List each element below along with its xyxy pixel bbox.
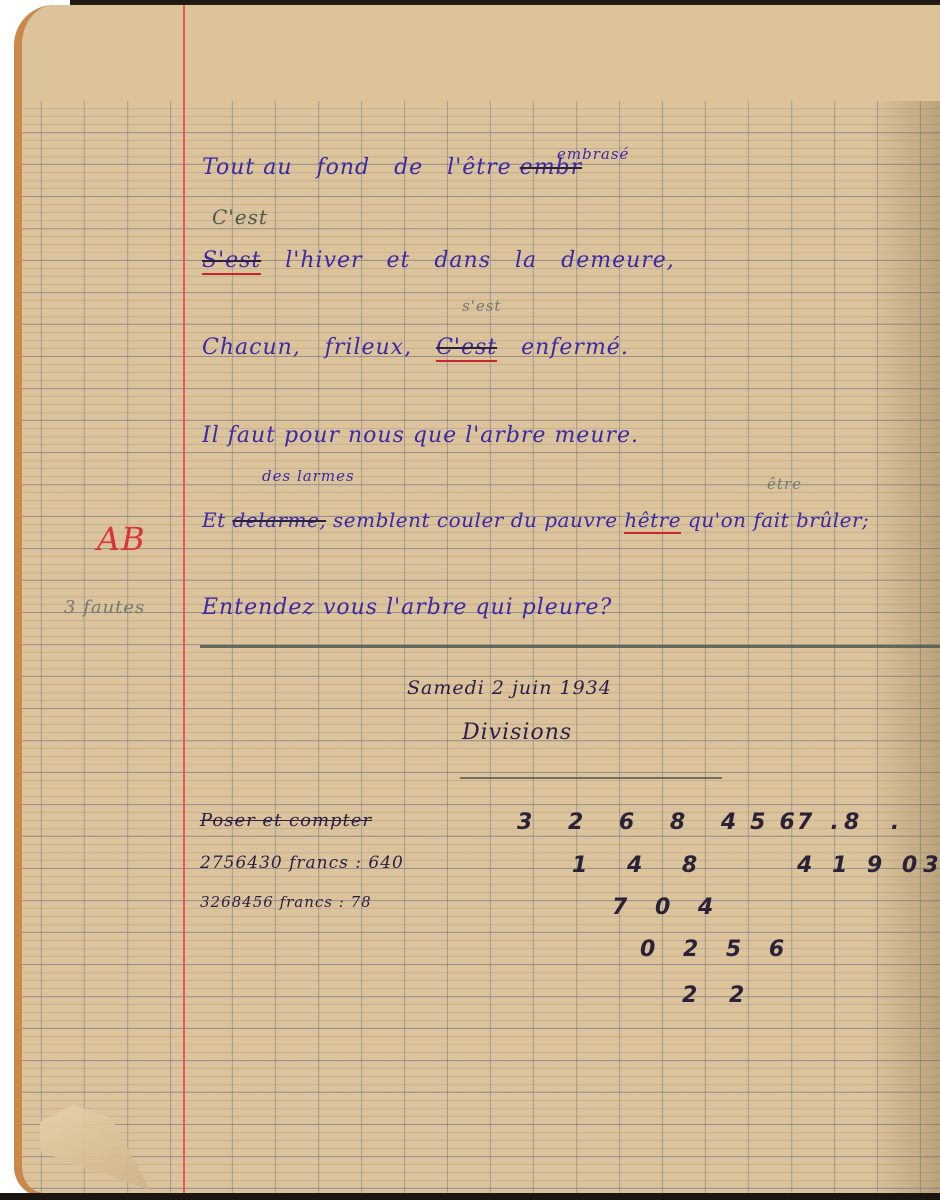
- division-step-2: 7 0 4: [612, 895, 723, 920]
- poem-line-2-rest: l'hiver et dans la demeure,: [269, 248, 675, 273]
- problem-2: 3268456 francs : 78: [200, 893, 372, 911]
- correction-etre: être: [767, 475, 802, 493]
- divisor: 7 8 .: [797, 810, 911, 835]
- quotient: 4 1 9 032: [797, 853, 940, 878]
- folded-corner: [40, 1105, 150, 1190]
- notebook-page: Tout au fond de l'être embr embrasé C'es…: [14, 5, 940, 1197]
- problem-1: 2756430 francs : 640: [200, 853, 404, 873]
- poem-line-5-underlined: hêtre: [624, 508, 681, 534]
- poem-line-1-text: Tout au fond de l'être: [202, 155, 512, 180]
- poem-line-3: Chacun, frileux, C'est enfermé.: [202, 335, 629, 360]
- poem-line-5-crossed: delarme,: [233, 508, 327, 532]
- section-divider: [200, 645, 940, 648]
- poem-line-5-prefix: Et: [202, 508, 226, 532]
- correction-s-est: s'est: [462, 297, 501, 315]
- poem-line-5: Et delarme, semblent couler du pauvre hê…: [202, 508, 869, 532]
- correction-c-est: C'est: [212, 205, 268, 229]
- correction-des-larmes: des larmes: [262, 467, 355, 485]
- date-heading: Samedi 2 juin 1934: [407, 677, 612, 699]
- faults-note: 3 fautes: [64, 597, 145, 618]
- division-step-1: 1 4 8: [572, 853, 713, 878]
- poem-line-1: Tout au fond de l'être embr: [202, 155, 582, 180]
- poem-line-5-tail: qu'on fait brûler;: [688, 508, 869, 532]
- poem-line-3-a: Chacun, frileux,: [202, 335, 428, 360]
- poem-line-5-rest: semblent couler du pauvre: [333, 508, 618, 532]
- division-step-3: 0 2 5 6: [640, 937, 794, 962]
- exercise-instruction: Poser et compter: [200, 810, 372, 831]
- poem-line-2-original: S'est: [202, 248, 261, 275]
- correction-embrase: embrasé: [557, 145, 629, 163]
- scan-shadow-bottom: [0, 1193, 940, 1200]
- poem-line-3-original: C'est: [436, 335, 497, 362]
- poem-line-4: Il faut pour nous que l'arbre meure.: [202, 423, 639, 448]
- division-step-4: 2 2: [682, 983, 756, 1008]
- poem-line-6: Entendez vous l'arbre qui pleure?: [202, 595, 612, 620]
- section-title: Divisions: [462, 720, 572, 745]
- grade-mark: AB: [97, 520, 146, 558]
- title-underline: [460, 777, 722, 779]
- poem-line-2: S'est l'hiver et dans la demeure,: [202, 248, 675, 273]
- red-margin-line: [183, 5, 185, 1193]
- poem-line-3-b: enfermé.: [505, 335, 629, 360]
